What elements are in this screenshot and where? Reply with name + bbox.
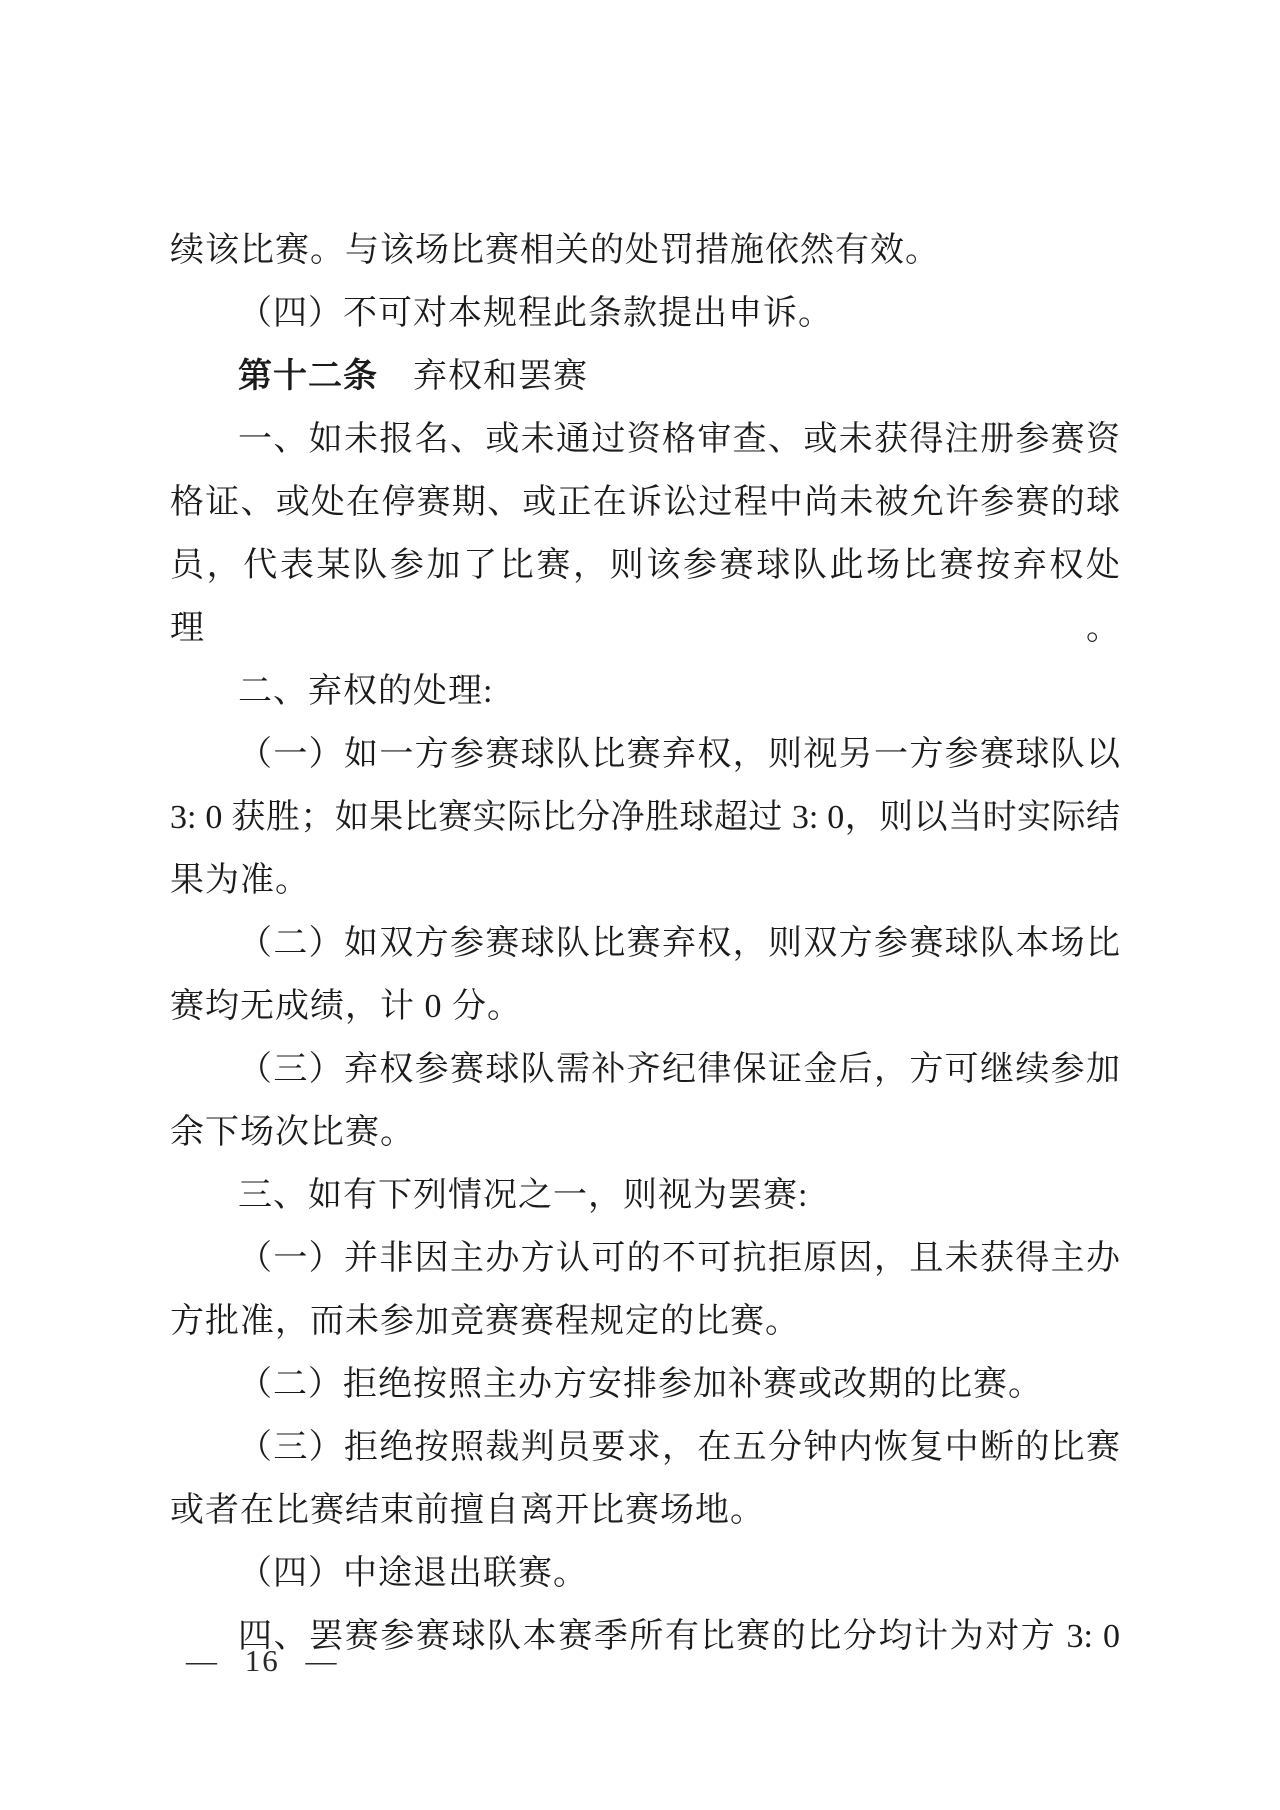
text-line: （一）并非因主办方认可的不可抗拒原因，且未获得主办 <box>170 1227 1120 1290</box>
text-line: （二）拒绝按照主办方安排参加补赛或改期的比赛。 <box>170 1353 1120 1416</box>
text-line: 二、弃权的处理: <box>170 660 1120 723</box>
text-line: （三）弃权参赛球队需补齐纪律保证金后，方可继续参加 <box>170 1038 1120 1101</box>
text-line: 赛均无成绩，计 0 分。 <box>170 975 1120 1038</box>
text-line: 果为准。 <box>170 849 1120 912</box>
text-line: （四）中途退出联赛。 <box>170 1542 1120 1605</box>
article-number: 第十二条 <box>238 358 378 395</box>
document-body: 续该比赛。与该场比赛相关的处罚措施依然有效。（四）不可对本规程此条款提出申诉。第… <box>170 219 1120 1668</box>
text-line: 3: 0 获胜；如果比赛实际比分净胜球超过 3: 0，则以当时实际结 <box>170 786 1120 849</box>
text-line: （一）如一方参赛球队比赛弃权，则视另一方参赛球队以 <box>170 723 1120 786</box>
article-heading: 第十二条 弃权和罢赛 <box>170 345 1120 408</box>
text-line: 余下场次比赛。 <box>170 1101 1120 1164</box>
article-title: 弃权和罢赛 <box>378 358 588 395</box>
text-line: 或者在比赛结束前擅自离开比赛场地。 <box>170 1479 1120 1542</box>
page-number: — 16 — <box>186 1633 339 1689</box>
text-line: （四）不可对本规程此条款提出申诉。 <box>170 282 1120 345</box>
text-line: 员，代表某队参加了比赛，则该参赛球队此场比赛按弃权处理。 <box>170 534 1120 660</box>
text-line: （三）拒绝按照裁判员要求，在五分钟内恢复中断的比赛 <box>170 1416 1120 1479</box>
text-line: 续该比赛。与该场比赛相关的处罚措施依然有效。 <box>170 219 1120 282</box>
text-line: 格证、或处在停赛期、或正在诉讼过程中尚未被允许参赛的球 <box>170 471 1120 534</box>
text-line: 方批准，而未参加竞赛赛程规定的比赛。 <box>170 1290 1120 1353</box>
text-line: 一、如未报名、或未通过资格审查、或未获得注册参赛资 <box>170 408 1120 471</box>
text-line: 三、如有下列情况之一，则视为罢赛: <box>170 1164 1120 1227</box>
text-line: （二）如双方参赛球队比赛弃权，则双方参赛球队本场比 <box>170 912 1120 975</box>
document-page: 续该比赛。与该场比赛相关的处罚措施依然有效。（四）不可对本规程此条款提出申诉。第… <box>0 0 1280 1810</box>
